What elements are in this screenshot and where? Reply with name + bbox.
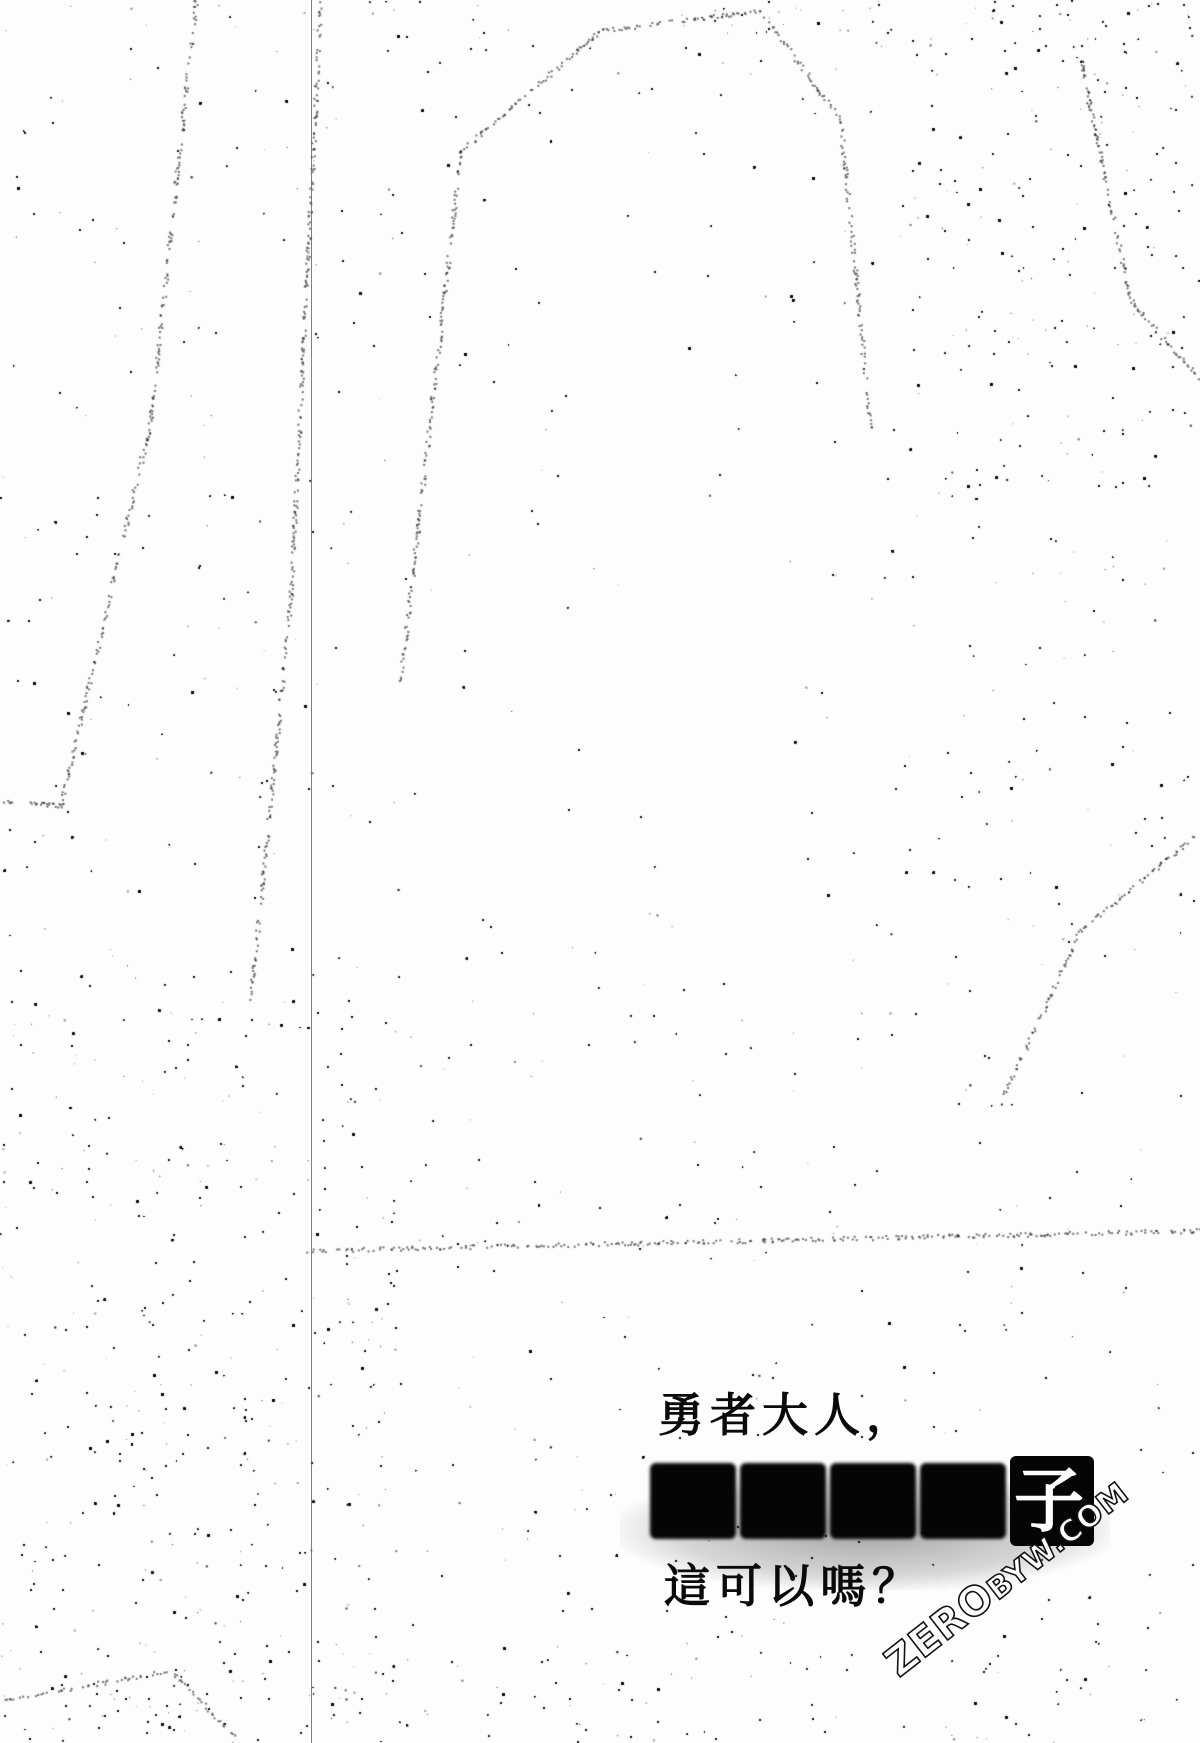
manga-page: 勇者大人， 子 這可以嗎？ ZEROBYW.COM — [0, 0, 1200, 1743]
caption-line-1: 勇者大人， — [658, 1385, 1110, 1445]
obscured-character — [650, 1463, 736, 1539]
obscured-character — [920, 1463, 1006, 1539]
obscured-character — [740, 1463, 826, 1539]
obscured-character — [830, 1463, 916, 1539]
caption-text: 勇者大人， 子 這可以嗎？ — [650, 1385, 1110, 1616]
panel-border-line — [311, 0, 312, 1743]
